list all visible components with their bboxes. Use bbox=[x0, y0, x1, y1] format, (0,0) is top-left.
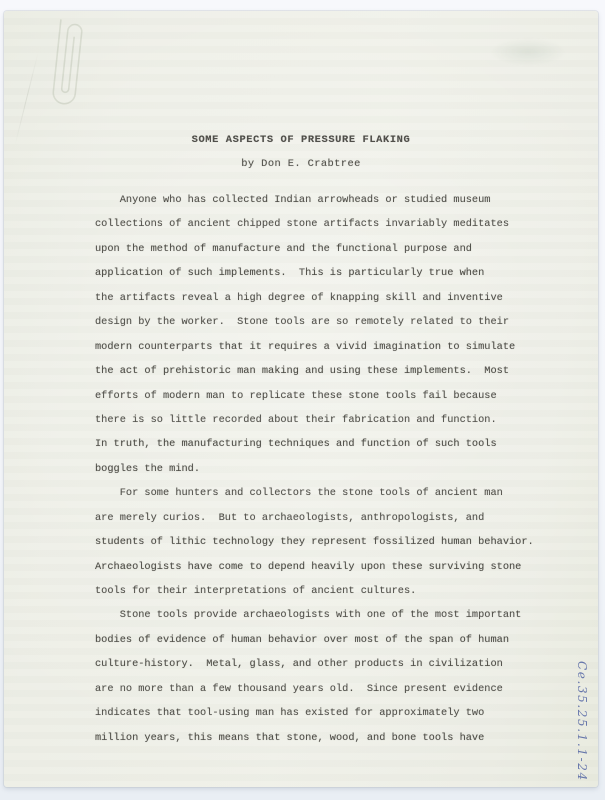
typed-line: students of lithic technology they repre… bbox=[95, 530, 534, 554]
typed-line: In truth, the manufacturing techniques a… bbox=[95, 432, 534, 456]
paperclip-imprint-icon bbox=[42, 13, 94, 121]
paper-sheet: SOME ASPECTS OF PRESSURE FLAKING by Don … bbox=[4, 11, 598, 787]
catalog-number-annotation: Ce.35.25.1.1-24 bbox=[575, 661, 589, 793]
typed-line: upon the method of manufacture and the f… bbox=[95, 237, 534, 261]
typed-line: are merely curios. But to archaeologists… bbox=[95, 506, 534, 530]
typed-line: are no more than a few thousand years ol… bbox=[95, 677, 534, 701]
document-title: SOME ASPECTS OF PRESSURE FLAKING bbox=[4, 133, 598, 147]
typed-line: bodies of evidence of human behavior ove… bbox=[95, 628, 534, 652]
typed-line: million years, this means that stone, wo… bbox=[95, 726, 534, 750]
typed-line: the artifacts reveal a high degree of kn… bbox=[95, 286, 534, 310]
typed-line: application of such implements. This is … bbox=[95, 261, 534, 285]
typed-line: Archaeologists have come to depend heavi… bbox=[95, 555, 534, 579]
typed-line: Stone tools provide archaeologists with … bbox=[95, 603, 534, 627]
typed-line: indicates that tool-using man has existe… bbox=[95, 701, 534, 725]
paper-crease bbox=[14, 52, 38, 145]
document-body: Anyone who has collected Indian arrowhea… bbox=[95, 188, 534, 750]
typed-line: boggles the mind. bbox=[95, 457, 534, 481]
typed-line: culture-history. Metal, glass, and other… bbox=[95, 652, 534, 676]
typed-line: there is so little recorded about their … bbox=[95, 408, 534, 432]
document-byline: by Don E. Crabtree bbox=[4, 157, 598, 171]
typed-line: design by the worker. Stone tools are so… bbox=[95, 310, 534, 334]
typed-line: Anyone who has collected Indian arrowhea… bbox=[95, 188, 534, 212]
typed-line: efforts of modern man to replicate these… bbox=[95, 384, 534, 408]
typed-line: For some hunters and collectors the ston… bbox=[95, 481, 534, 505]
faint-stamp-mark bbox=[486, 39, 570, 65]
scanned-document: SOME ASPECTS OF PRESSURE FLAKING by Don … bbox=[0, 0, 605, 800]
typed-line: the act of prehistoric man making and us… bbox=[95, 359, 534, 383]
typed-line: tools for their interpretations of ancie… bbox=[95, 579, 534, 603]
typed-line: collections of ancient chipped stone art… bbox=[95, 212, 534, 236]
typed-line: modern counterparts that it requires a v… bbox=[95, 335, 534, 359]
